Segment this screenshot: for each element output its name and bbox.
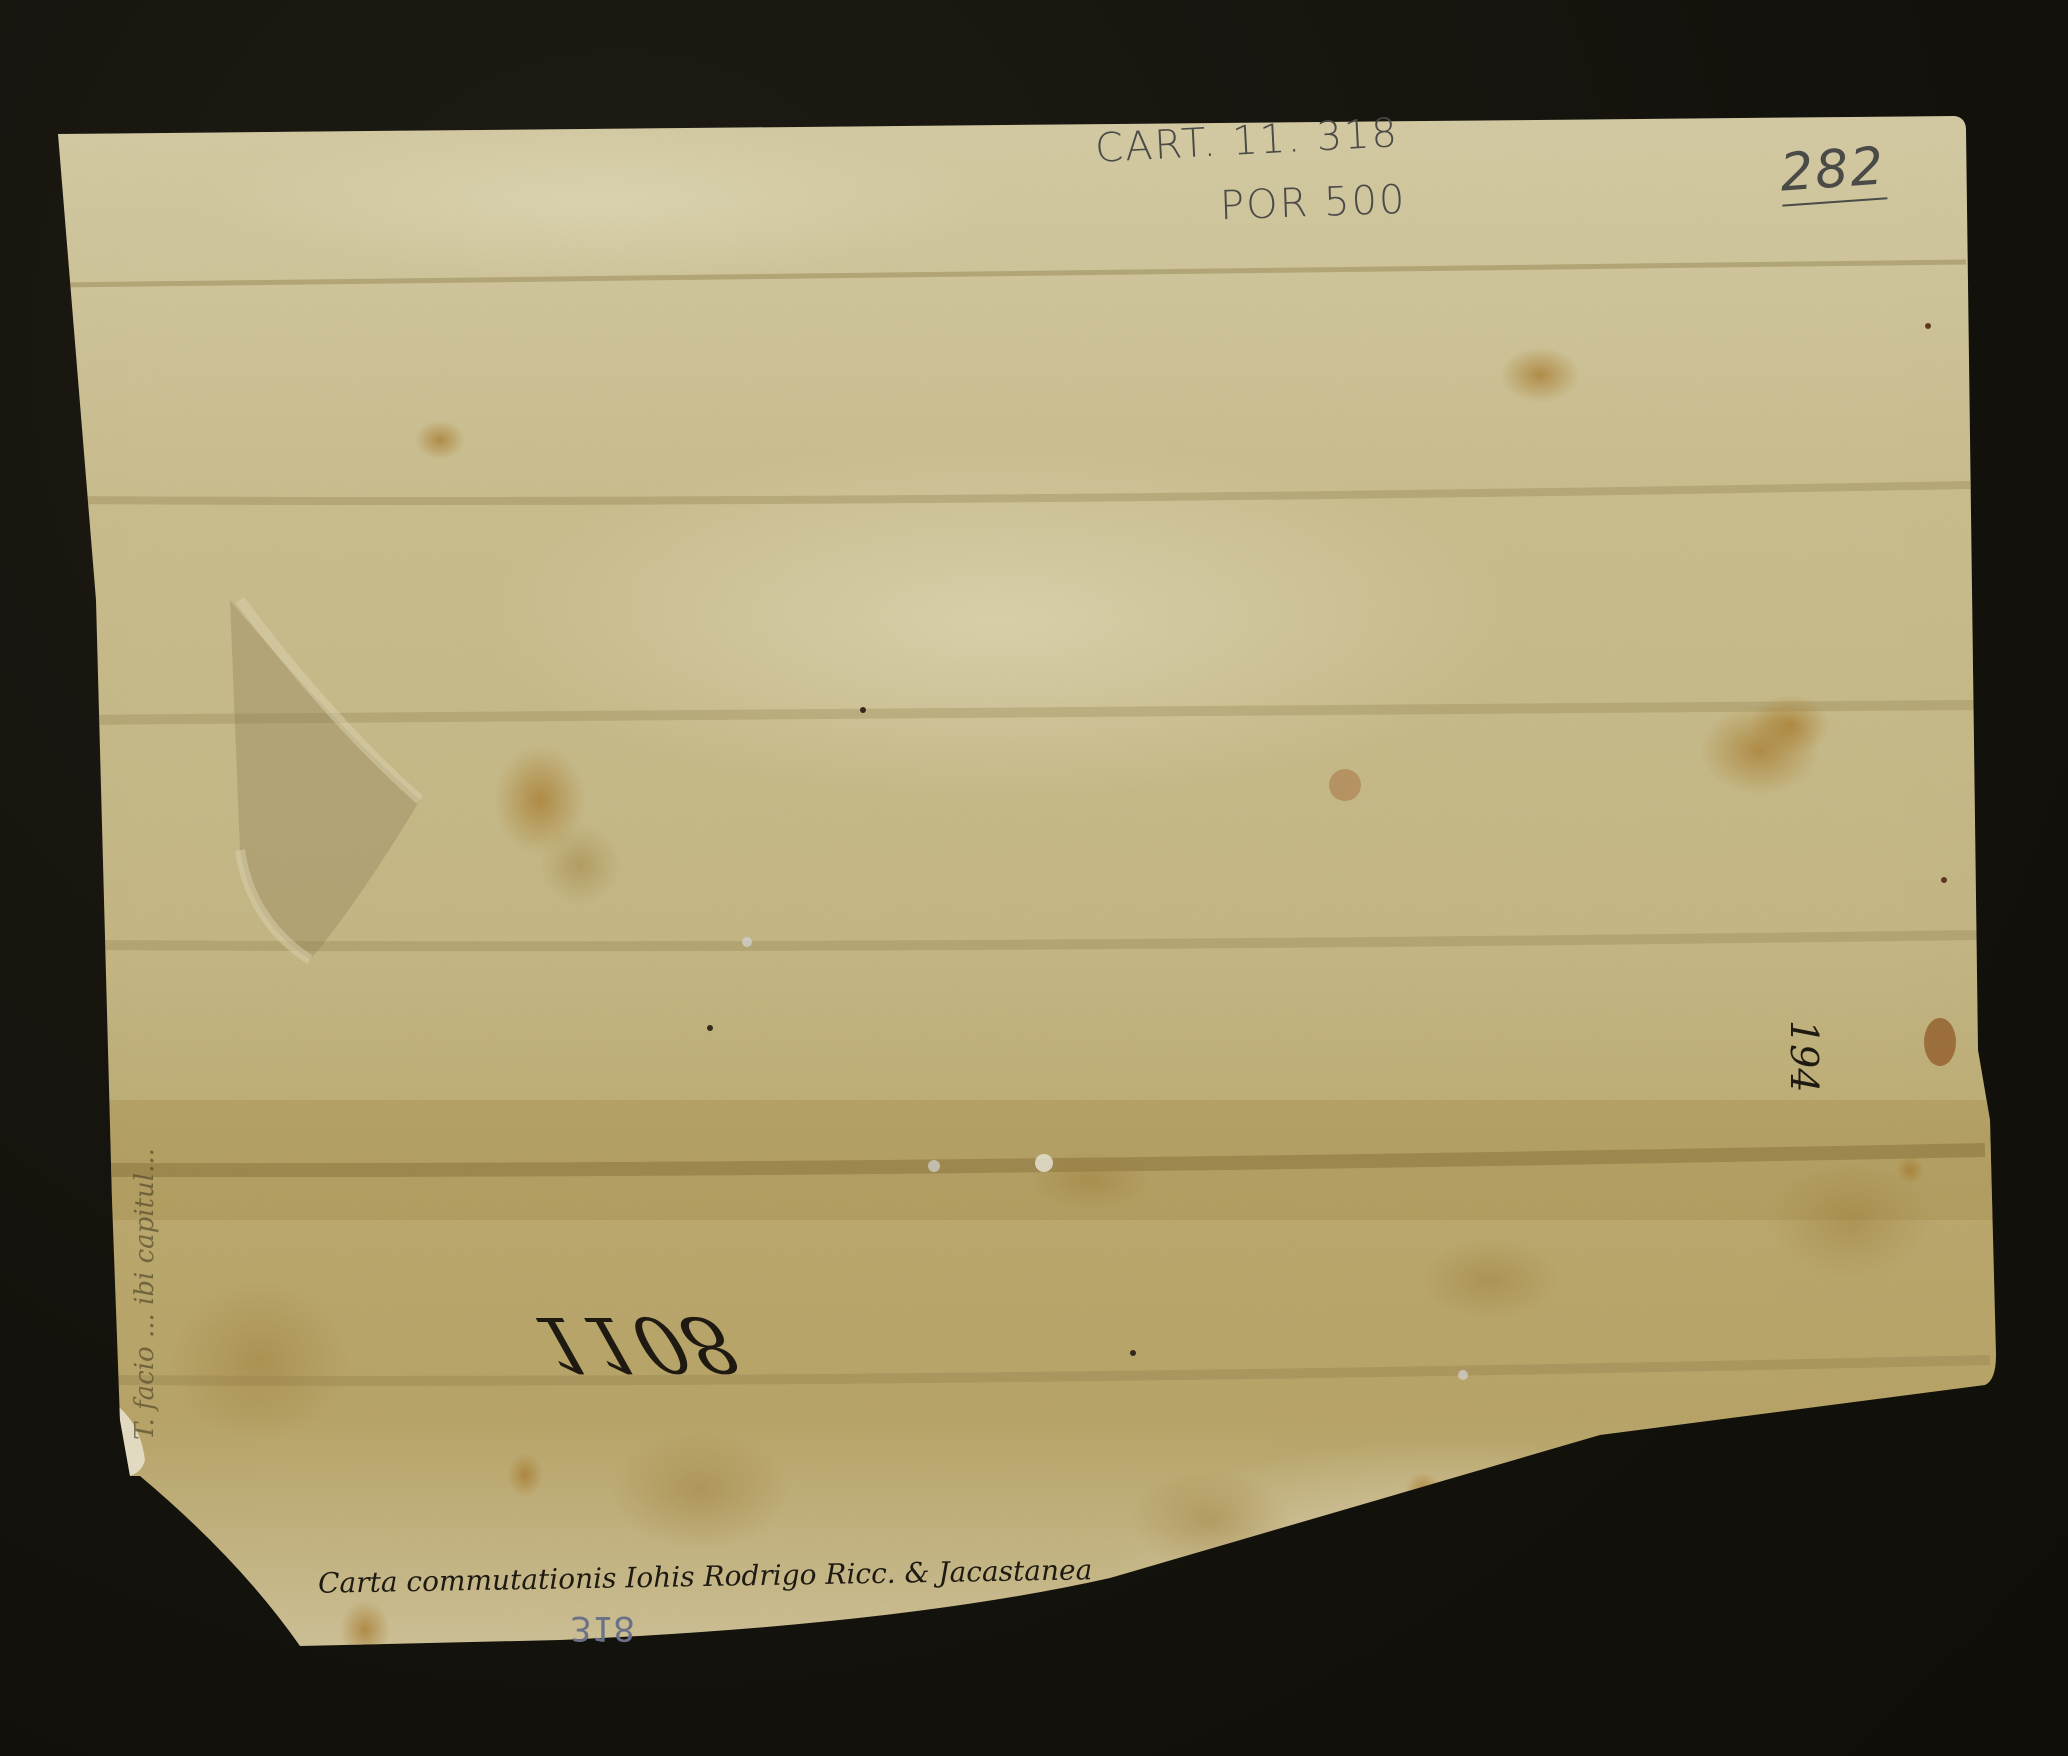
parchment-sheet [0,0,2068,1756]
side-number: 194 [1782,1020,1826,1093]
folio-number: 282 [1778,136,1887,203]
archive-reference-sub: POR 500 [1219,177,1407,229]
parchment-document: CART. 11. 318 POR 500 282 194 1108 T. fa… [0,0,2068,1756]
year-annotation: 1108 [524,1300,750,1389]
left-margin-note: T. facio ... ibi capitul... [130,1148,160,1440]
inverted-number: 318 [570,1608,635,1648]
